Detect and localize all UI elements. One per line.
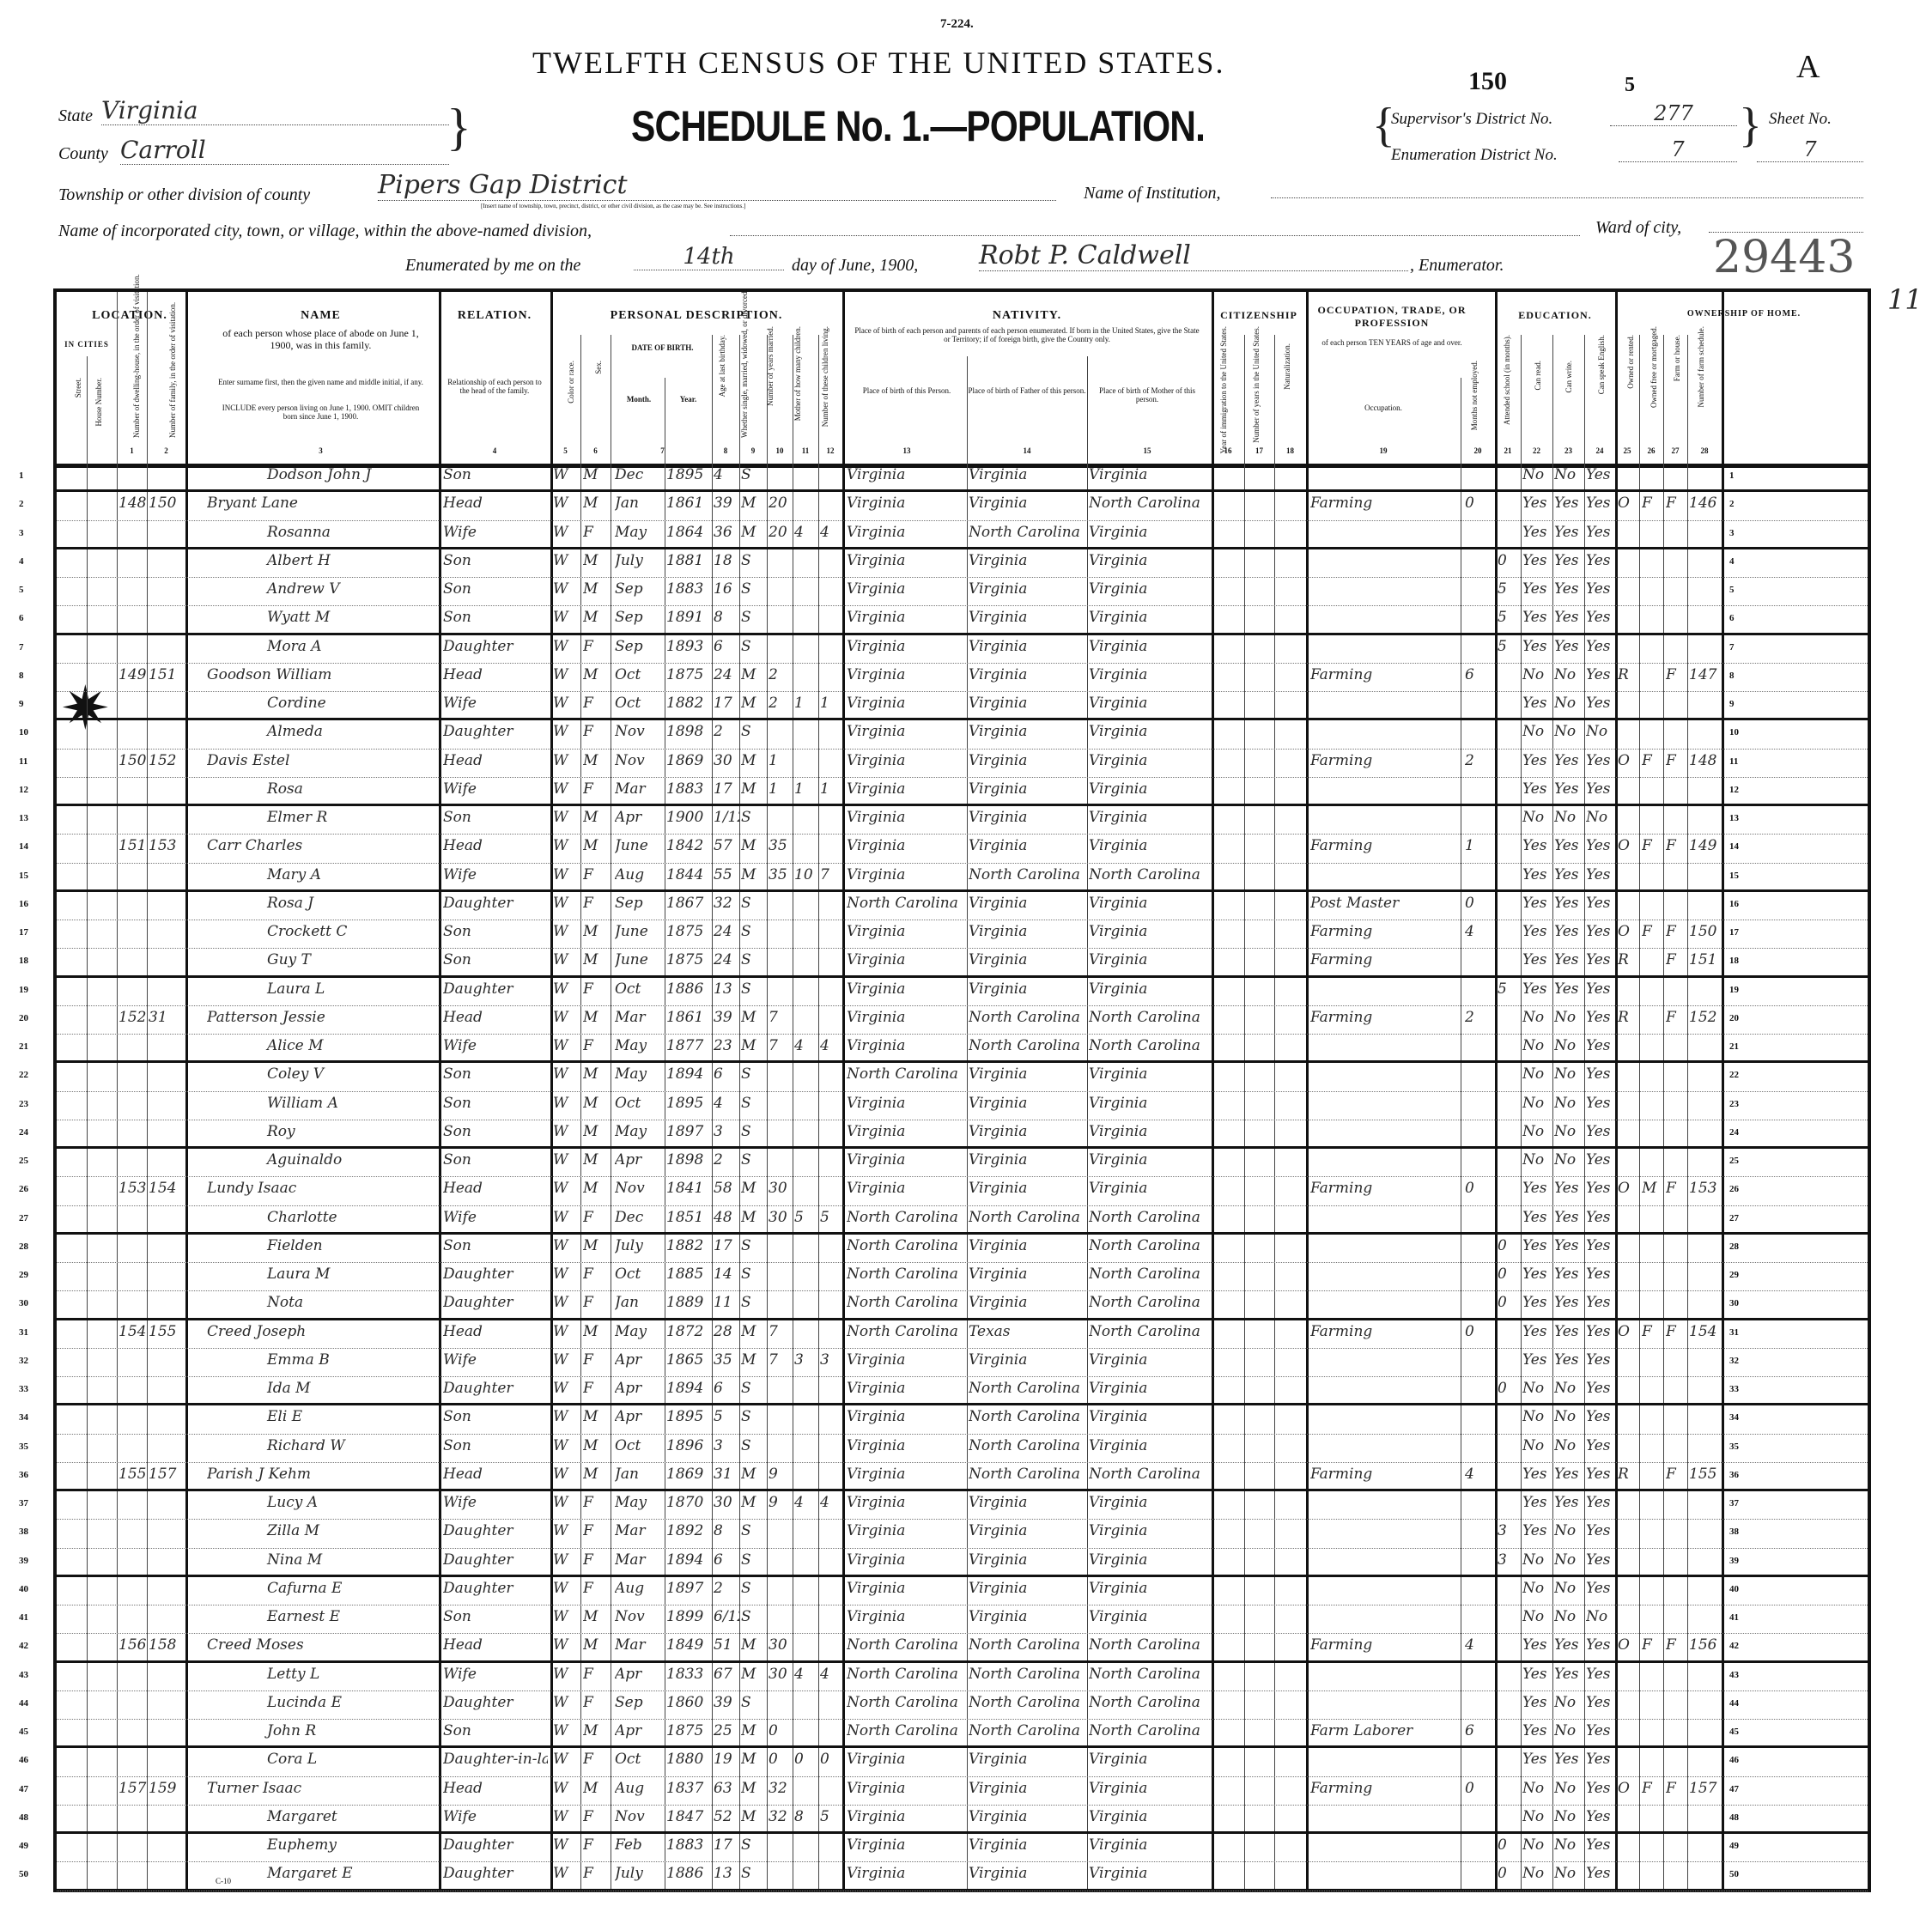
birthplace-mother-cell: North Carolina (1089, 1266, 1209, 1283)
years-married-cell: 30 (769, 1666, 793, 1683)
row-number: 1 (19, 470, 24, 481)
birthplace-father-cell: Virginia (969, 1351, 1085, 1369)
birthplace-person-cell: Virginia (847, 609, 965, 626)
birthplace-person-cell: Virginia (847, 837, 965, 854)
relation-cell: Son (443, 552, 548, 569)
birthplace-mother-cell: North Carolina (1089, 1722, 1209, 1739)
sex-cell: M (583, 552, 609, 569)
birthplace-father-cell: Virginia (969, 1522, 1085, 1539)
birthplace-father-cell: Virginia (969, 1551, 1085, 1569)
sex-cell: M (583, 951, 609, 968)
family-number-header: Number of family, in the order of visita… (168, 335, 177, 438)
person-name-cell: Turner Isaac (207, 1780, 437, 1797)
children-living-header: Number of these children living. (821, 326, 829, 427)
birth-month-cell: Oct (615, 1266, 665, 1283)
can-write-cell: Yes (1554, 1180, 1583, 1197)
birthplace-mother-cell: Virginia (1089, 1351, 1209, 1369)
person-name-cell: Eli E (207, 1408, 437, 1425)
can-speak-english-cell: Yes (1586, 1123, 1613, 1140)
relation-description: Relationship of each person to the head … (447, 378, 542, 396)
birthplace-mother-cell: Virginia (1089, 609, 1209, 626)
marital-status-cell: S (741, 1266, 767, 1283)
can-read-cell: No (1522, 1780, 1552, 1797)
can-write-cell: No (1554, 1380, 1583, 1397)
color-header: Color or race. (567, 361, 575, 404)
birth-year-cell: 1851 (666, 1209, 711, 1226)
row-number: 33 (19, 1384, 28, 1394)
can-write-cell: Yes (1554, 866, 1583, 883)
table-row: 156158Creed MosesHeadWMMar184951M30North… (57, 1634, 1868, 1662)
row-number: 48 (19, 1812, 28, 1823)
age-cell: 6/12 (714, 1608, 739, 1625)
birth-year-cell: 1883 (666, 580, 711, 598)
table-row: John RSonWMApr187525M0North CarolinaNort… (57, 1720, 1868, 1748)
marital-status-cell: S (741, 1522, 767, 1539)
farm-house-cell: F (1666, 1636, 1686, 1654)
person-name-cell: Creed Joseph (207, 1323, 437, 1340)
date-of-birth-header: DATE OF BIRTH. (613, 343, 712, 352)
occupation-cell: Farm Laborer (1310, 1722, 1458, 1739)
row-number: 23 (1729, 1099, 1739, 1109)
relation-cell: Son (443, 951, 548, 968)
column-number: 15 (1087, 446, 1207, 455)
birthplace-person-cell: Virginia (847, 1466, 965, 1483)
can-read-cell: Yes (1522, 1666, 1552, 1683)
birth-month-cell: Oct (615, 1437, 665, 1454)
birthplace-father-cell: Virginia (969, 723, 1085, 740)
birth-year-cell: 1891 (666, 609, 711, 626)
relation-cell: Wife (443, 1808, 548, 1825)
birth-year-cell: 1897 (666, 1123, 711, 1140)
birthplace-father-cell: North Carolina (969, 1694, 1085, 1711)
years-married-cell: 32 (769, 1780, 793, 1797)
birth-year-cell: 1849 (666, 1636, 711, 1654)
mother-of-cell: 10 (794, 866, 818, 883)
row-number: 18 (19, 956, 28, 966)
age-cell: 30 (714, 752, 739, 769)
can-read-cell: Yes (1522, 552, 1552, 569)
can-read-cell: Yes (1522, 609, 1552, 626)
birthplace-father-cell: Virginia (969, 1095, 1085, 1112)
sex-cell: M (583, 1180, 609, 1197)
person-name-cell: Crockett C (207, 923, 437, 940)
birth-month-cell: May (615, 524, 665, 541)
can-write-cell: No (1554, 1037, 1583, 1054)
supervisor-value: 277 (1610, 101, 1737, 126)
table-header: LOCATION. IN CITIES NAME of each person … (57, 292, 1868, 468)
table-row: 155157Parish J KehmHeadWMJan186931M9Virg… (57, 1463, 1868, 1491)
row-number: 21 (19, 1041, 28, 1052)
marital-status-cell: S (741, 1836, 767, 1854)
birthplace-mother-cell: North Carolina (1089, 1666, 1209, 1683)
can-read-cell: Yes (1522, 1636, 1552, 1654)
birth-year-cell: 1877 (666, 1037, 711, 1054)
sex-cell: M (583, 752, 609, 769)
birthplace-father-cell: Virginia (969, 1608, 1085, 1625)
birthplace-father-cell: North Carolina (969, 1666, 1085, 1683)
can-read-cell: No (1522, 723, 1552, 740)
relation-cell: Head (443, 837, 548, 854)
row-number: 20 (19, 1013, 28, 1023)
can-speak-english-cell: No (1586, 723, 1613, 740)
marital-status-cell: M (741, 524, 767, 541)
can-write-cell: No (1554, 1865, 1583, 1882)
birthplace-mother-cell: Virginia (1089, 1095, 1209, 1112)
row-number: 25 (1729, 1156, 1739, 1166)
can-speak-english-cell: Yes (1586, 1037, 1613, 1054)
birth-year-cell: 1883 (666, 780, 711, 798)
birth-year-cell: 1894 (666, 1380, 711, 1397)
birth-month-cell: Sep (615, 580, 665, 598)
can-speak-english-cell: Yes (1586, 580, 1613, 598)
marital-status-cell: M (741, 1780, 767, 1797)
marital-status-cell: M (741, 1636, 767, 1654)
can-read-cell: No (1522, 1095, 1552, 1112)
row-number: 17 (1729, 927, 1739, 938)
can-write-cell: Yes (1554, 923, 1583, 940)
birth-year-cell: 1867 (666, 895, 711, 912)
column-number: 23 (1552, 446, 1584, 455)
row-number: 16 (1729, 899, 1739, 909)
age-header: Age at last birthday. (718, 335, 726, 397)
birth-month-cell: Mar (615, 1551, 665, 1569)
birth-year-cell: 1860 (666, 1694, 711, 1711)
age-cell: 17 (714, 780, 739, 798)
birthplace-person-cell: Virginia (847, 1522, 965, 1539)
marital-status-cell: M (741, 837, 767, 854)
marital-status-cell: M (741, 495, 767, 512)
birthplace-mother-cell: North Carolina (1089, 1694, 1209, 1711)
enumerator-name: Robt P. Caldwell (979, 240, 1408, 271)
city-value (730, 225, 1580, 236)
document-title: TWELFTH CENSUS OF THE UNITED STATES. (532, 45, 1224, 81)
color-cell: W (553, 780, 579, 798)
table-row: Albert HSonWMJuly188118SVirginiaVirginia… (57, 549, 1868, 578)
birthplace-person-cell: North Carolina (847, 1323, 965, 1340)
birth-year-cell: 1875 (666, 951, 711, 968)
person-name-cell: Carr Charles (207, 837, 437, 854)
marital-status-cell: S (741, 923, 767, 940)
birthplace-person-cell: Virginia (847, 1437, 965, 1454)
supervisor-label: Supervisor's District No. (1391, 110, 1552, 129)
months-unemployed-cell: 4 (1465, 1636, 1494, 1654)
birthplace-mother-cell: Virginia (1089, 1608, 1209, 1625)
school-header: Attended school (in months). (1503, 335, 1511, 425)
can-speak-english-cell: Yes (1586, 552, 1613, 569)
relation-cell: Head (443, 752, 548, 769)
farm-schedule-number-cell: 156 (1689, 1636, 1722, 1654)
color-cell: W (553, 1780, 579, 1797)
owned-free-mortgaged-cell: F (1642, 837, 1662, 854)
children-living-cell: 4 (820, 1666, 842, 1683)
years-married-cell: 30 (769, 1180, 793, 1197)
birthplace-father-cell: North Carolina (969, 1380, 1085, 1397)
can-speak-english-cell: Yes (1586, 752, 1613, 769)
birthplace-person-cell: Virginia (847, 524, 965, 541)
color-cell: W (553, 1323, 579, 1340)
farm-house-cell: F (1666, 666, 1686, 683)
birthplace-mother-cell: Virginia (1089, 552, 1209, 569)
owned-free-mortgaged-cell: F (1642, 1636, 1662, 1654)
city-label: Name of incorporated city, town, or vill… (58, 222, 592, 241)
can-read-cell: Yes (1522, 1466, 1552, 1483)
row-number: 26 (1729, 1184, 1739, 1194)
occupation-cell: Farming (1310, 495, 1458, 512)
sex-cell: M (583, 1408, 609, 1425)
sex-cell: F (583, 1666, 609, 1683)
years-married-cell: 0 (769, 1722, 793, 1739)
birthplace-person-cell: Virginia (847, 1095, 965, 1112)
footer-code: C-10 (216, 1877, 231, 1885)
birthplace-mother-cell: Virginia (1089, 1780, 1209, 1797)
relation-cell: Son (443, 1065, 548, 1083)
marital-status-cell: S (741, 552, 767, 569)
birth-year-cell: 1899 (666, 1608, 711, 1625)
person-name-cell: Goodson William (207, 666, 437, 683)
color-cell: W (553, 1351, 579, 1369)
birth-month-cell: June (615, 837, 665, 854)
row-number: 42 (1729, 1641, 1739, 1651)
row-number: 17 (19, 927, 28, 938)
birth-year-cell: 1894 (666, 1551, 711, 1569)
birthplace-person-cell: Virginia (847, 866, 965, 883)
can-write-cell: Yes (1554, 1666, 1583, 1683)
row-number: 11 (1729, 756, 1738, 767)
sex-cell: F (583, 780, 609, 798)
row-number: 46 (1729, 1755, 1739, 1765)
can-read-cell: No (1522, 1836, 1552, 1854)
table-row: Earnest ESonWMNov18996/12SVirginiaVirgin… (57, 1605, 1868, 1634)
birth-year-cell: 1869 (666, 752, 711, 769)
birthplace-mother-cell: Virginia (1089, 1065, 1209, 1083)
row-number: 3 (19, 528, 24, 538)
institution-label: Name of Institution, (1084, 184, 1220, 203)
birthplace-mother-cell: North Carolina (1089, 1009, 1209, 1026)
birthplace-father-cell: Virginia (969, 666, 1085, 683)
birthplace-father-cell: Virginia (969, 1836, 1085, 1854)
relation-cell: Daughter (443, 1580, 548, 1597)
row-number: 42 (19, 1641, 28, 1651)
mother-of-cell: 0 (794, 1751, 818, 1768)
age-cell: 39 (714, 1694, 739, 1711)
sex-cell: M (583, 1151, 609, 1168)
marital-status-cell: M (741, 666, 767, 683)
row-number: 44 (1729, 1698, 1739, 1709)
birthplace-mother-cell: Virginia (1089, 638, 1209, 655)
birth-year-cell: 1882 (666, 695, 711, 712)
occupation-cell: Farming (1310, 1780, 1458, 1797)
dwelling-number-cell: 156 (118, 1636, 147, 1654)
can-speak-english-cell: Yes (1586, 1323, 1613, 1340)
relation-cell: Daughter (443, 1380, 548, 1397)
occupation-cell: Farming (1310, 666, 1458, 683)
owned-rented-cell: O (1618, 1180, 1638, 1197)
table-row: Guy TSonWMJune187524SVirginiaVirginiaVir… (57, 949, 1868, 977)
color-cell: W (553, 837, 579, 854)
table-row: Eli ESonWMApr18955SVirginiaNorth Carolin… (57, 1405, 1868, 1434)
can-speak-english-cell: Yes (1586, 1266, 1613, 1283)
person-name-cell: Cafurna E (207, 1580, 437, 1597)
relation-cell: Wife (443, 1494, 548, 1511)
table-row: William ASonWMOct18954SVirginiaVirginiaV… (57, 1092, 1868, 1120)
relation-cell: Son (443, 1095, 548, 1112)
birthplace-mother-cell: Virginia (1089, 1180, 1209, 1197)
column-number: 19 (1306, 446, 1461, 455)
marital-status-cell: M (741, 1180, 767, 1197)
row-number: 50 (1729, 1869, 1739, 1879)
marital-status-cell: S (741, 638, 767, 655)
owned-rented-cell: R (1618, 666, 1638, 683)
can-speak-english-cell: Yes (1586, 1466, 1613, 1483)
birth-year-cell: 1897 (666, 1580, 711, 1597)
school-months-cell: 3 (1498, 1551, 1520, 1569)
sex-cell: F (583, 1494, 609, 1511)
birthplace-mother-cell: Virginia (1089, 1751, 1209, 1768)
can-read-cell: Yes (1522, 1323, 1552, 1340)
person-name-cell: Zilla M (207, 1522, 437, 1539)
relation-cell: Daughter (443, 1694, 548, 1711)
sex-cell: F (583, 1522, 609, 1539)
birthplace-father-cell: Virginia (969, 837, 1085, 854)
can-speak-english-cell: No (1586, 1608, 1613, 1625)
birth-year-cell: 1847 (666, 1808, 711, 1825)
can-speak-english-cell: Yes (1586, 1437, 1613, 1454)
row-number: 24 (1729, 1127, 1739, 1138)
birthplace-father-cell: Virginia (969, 1065, 1085, 1083)
mother-of-cell: 1 (794, 695, 818, 712)
age-cell: 30 (714, 1494, 739, 1511)
can-speak-english-cell: Yes (1586, 695, 1613, 712)
color-cell: W (553, 666, 579, 683)
row-number: 15 (19, 871, 28, 881)
relation-cell: Wife (443, 1666, 548, 1683)
birthplace-father-cell: Virginia (969, 1237, 1085, 1254)
age-cell: 13 (714, 980, 739, 998)
row-number: 41 (1729, 1612, 1739, 1623)
column-number: 14 (967, 446, 1087, 455)
row-number: 24 (19, 1127, 28, 1138)
birth-month-cell: Mar (615, 780, 665, 798)
row-number: 14 (1729, 841, 1739, 852)
table-row: Mora ADaughterWFSep18936SVirginiaVirgini… (57, 635, 1868, 664)
birth-month-cell: Mar (615, 1636, 665, 1654)
dwelling-number-cell: 148 (118, 495, 147, 512)
birthplace-person-cell: Virginia (847, 1351, 965, 1369)
person-name-cell: Rosa (207, 780, 437, 798)
age-cell: 48 (714, 1209, 739, 1226)
birthplace-father-cell: Virginia (969, 1808, 1085, 1825)
birthplace-mother-cell: Virginia (1089, 923, 1209, 940)
marital-status-cell: S (741, 609, 767, 626)
can-speak-english-cell: Yes (1586, 923, 1613, 940)
can-read-cell: Yes (1522, 1237, 1552, 1254)
family-number-cell: 151 (149, 666, 185, 683)
birthplace-father-cell: Virginia (969, 980, 1085, 998)
row-number: 39 (19, 1556, 28, 1566)
can-write-cell: Yes (1554, 780, 1583, 798)
birthplace-mother-cell: North Carolina (1089, 1237, 1209, 1254)
person-name-cell: Alice M (207, 1037, 437, 1054)
age-cell: 17 (714, 695, 739, 712)
enumeration-label: Enumeration District No. (1391, 146, 1558, 165)
children-living-cell: 1 (820, 695, 842, 712)
birth-year-cell: 1898 (666, 1151, 711, 1168)
can-speak-english-cell: Yes (1586, 495, 1613, 512)
birth-month-cell: Apr (615, 1408, 665, 1425)
color-cell: W (553, 752, 579, 769)
row-number: 41 (19, 1612, 28, 1623)
table-row: Emma BWifeWFApr186535M733VirginiaVirgini… (57, 1349, 1868, 1377)
owned-rented-cell: O (1618, 752, 1638, 769)
column-number: 25 (1615, 446, 1639, 455)
birthplace-person-cell: North Carolina (847, 1722, 965, 1739)
months-unemployed-cell: 4 (1465, 923, 1494, 940)
marital-status-cell: M (741, 780, 767, 798)
relation-cell: Wife (443, 1037, 548, 1054)
can-write-cell: Yes (1554, 1466, 1583, 1483)
person-name-cell: Fielden (207, 1237, 437, 1254)
table-row: AlmedaDaughterWFNov18982SVirginiaVirgini… (57, 720, 1868, 749)
birthplace-father-cell: North Carolina (969, 524, 1085, 541)
row-number: 13 (19, 813, 28, 823)
naturalization-header: Naturalization. (1283, 343, 1291, 390)
birthplace-father-cell: Virginia (969, 1266, 1085, 1283)
age-cell: 24 (714, 923, 739, 940)
person-name-cell: Lucinda E (207, 1694, 437, 1711)
can-speak-english-cell: Yes (1586, 524, 1613, 541)
birthplace-mother-cell: Virginia (1089, 1522, 1209, 1539)
birthplace-father-cell: Virginia (969, 1580, 1085, 1597)
birth-year-cell: 1896 (666, 1437, 711, 1454)
birthplace-person-cell: Virginia (847, 1580, 965, 1597)
marital-status-cell: S (741, 1437, 767, 1454)
table-row: RoySonWMMay18973SVirginiaVirginiaVirgini… (57, 1120, 1868, 1149)
age-cell: 39 (714, 495, 739, 512)
owned-rented-cell: O (1618, 1323, 1638, 1340)
birth-year-cell: 1844 (666, 866, 711, 883)
row-number: 31 (19, 1327, 28, 1338)
age-cell: 19 (714, 1751, 739, 1768)
marital-status-cell: S (741, 1551, 767, 1569)
relation-cell: Daughter-in-law (443, 1751, 548, 1768)
marital-status-cell: S (741, 1065, 767, 1083)
occupation-cell: Post Master (1310, 895, 1458, 912)
can-write-cell: Yes (1554, 1209, 1583, 1226)
birthplace-person-cell: Virginia (847, 1751, 965, 1768)
birthplace-person-cell: Virginia (847, 495, 965, 512)
color-cell: W (553, 1294, 579, 1311)
house-number-header: House Number. (94, 378, 103, 427)
sex-cell: F (583, 1266, 609, 1283)
age-cell: 52 (714, 1808, 739, 1825)
school-months-cell: 0 (1498, 1266, 1520, 1283)
can-read-cell: No (1522, 1408, 1552, 1425)
can-speak-english-cell: Yes (1586, 1209, 1613, 1226)
color-cell: W (553, 466, 579, 483)
row-number: 27 (1729, 1213, 1739, 1223)
table-row: Richard WSonWMOct18963SVirginiaNorth Car… (57, 1435, 1868, 1463)
row-number: 5 (19, 585, 24, 595)
children-living-cell: 4 (820, 1037, 842, 1054)
can-speak-english-cell: Yes (1586, 466, 1613, 483)
birthplace-person-cell: Virginia (847, 1865, 965, 1882)
age-cell: 67 (714, 1666, 739, 1683)
birth-month-cell: Aug (615, 1580, 665, 1597)
can-write-cell: No (1554, 1095, 1583, 1112)
color-cell: W (553, 1751, 579, 1768)
color-cell: W (553, 1466, 579, 1483)
birth-month-cell: Jan (615, 1466, 665, 1483)
